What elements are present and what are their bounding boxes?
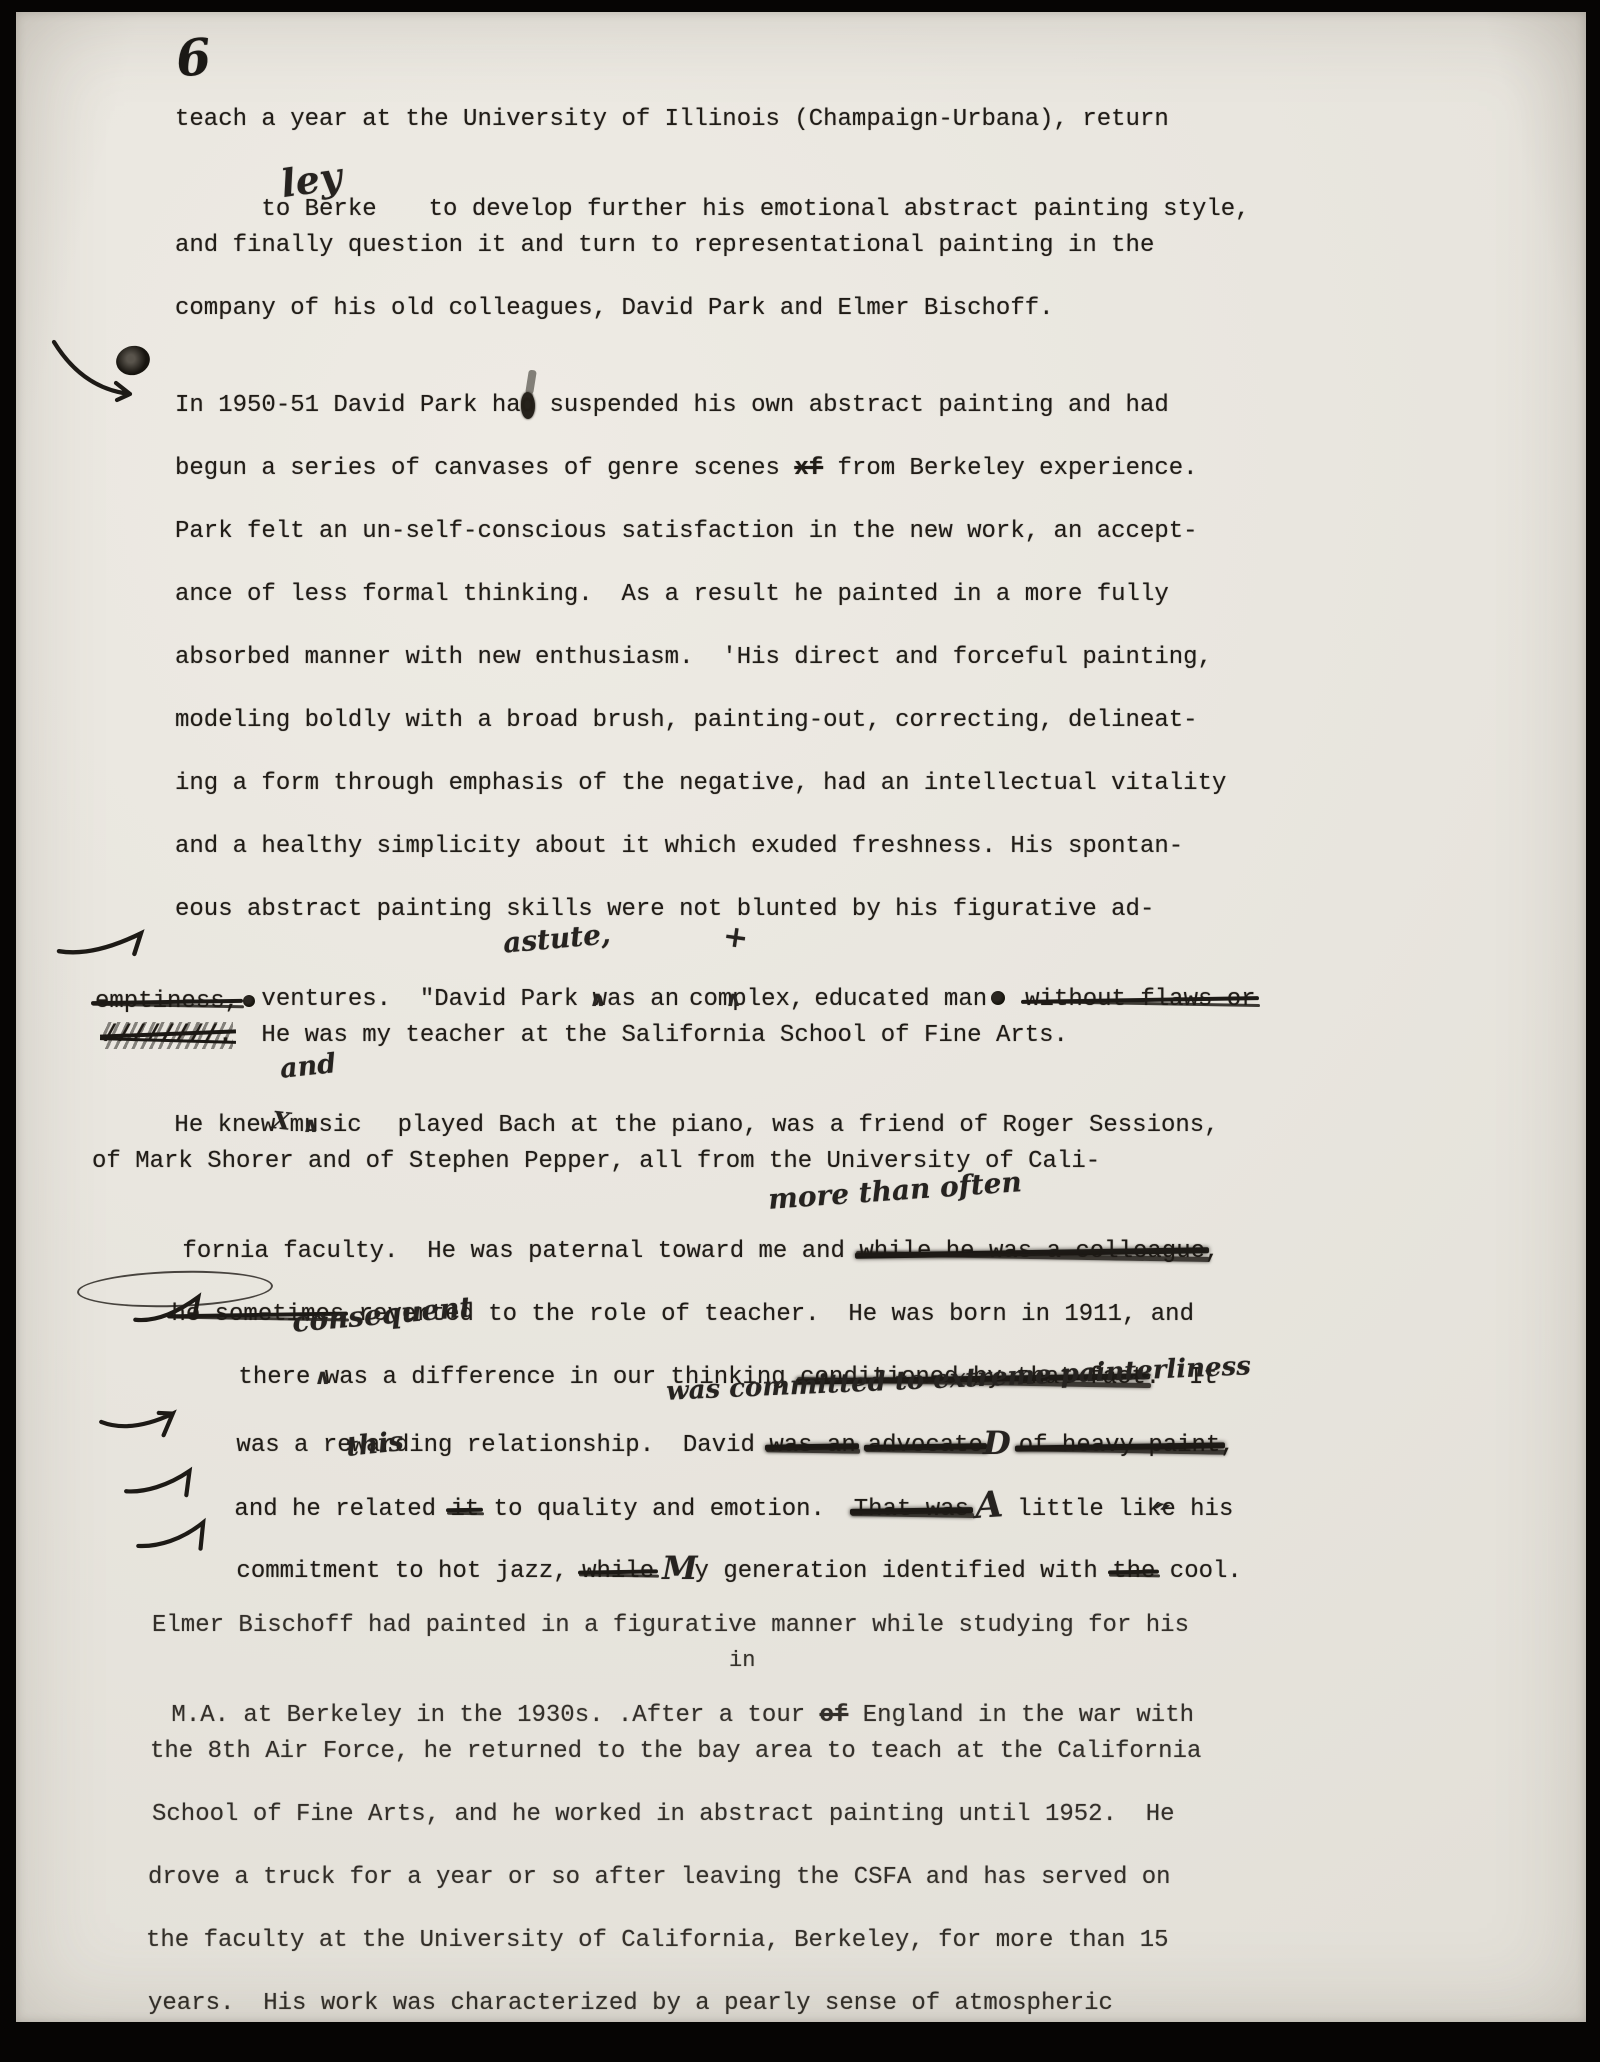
ink-blot: d [521, 392, 535, 419]
typed-text: cool. [1155, 1558, 1241, 1585]
typed-insertion-in: in [729, 1647, 755, 1674]
x-mark: X [271, 1108, 292, 1134]
typed-text: played Bach at the piano, was a friend o… [398, 1112, 1219, 1139]
handwritten-capital-m: M [662, 1555, 697, 1582]
struck-text: advocate [868, 1432, 983, 1459]
typed-line: modeling boldly with a broad brush, pain… [175, 707, 1198, 734]
typed-text: In 1950-51 David Park ha [175, 392, 521, 419]
typed-text: was a rewarding relationship. David [236, 1432, 769, 1459]
typed-line: ing a form through emphasis of the negat… [175, 770, 1226, 797]
typed-text: He was my teacher at the Salifornia Scho… [233, 1022, 1068, 1049]
typed-line: ////////. He was my teacher at the Salif… [103, 1022, 1068, 1049]
typed-text: England in the war with [848, 1702, 1194, 1729]
typed-text: modeling boldly with a broad brush, pain… [175, 707, 1198, 734]
struck-text: without flaws or [1025, 986, 1255, 1013]
typed-line: emptiness, [95, 988, 257, 1015]
typed-line: teach a year at the University of Illino… [175, 106, 1169, 133]
typed-text: drove a truck for a year or so after lea… [148, 1864, 1171, 1891]
typed-text: years. His work was characterized by a p… [148, 1990, 1113, 2017]
caret-mark: ∧ [725, 985, 742, 1012]
typed-text: company of his old colleagues, David Par… [175, 295, 1054, 322]
struck-text: it [450, 1496, 479, 1523]
typed-line: to Berketo develop further his emotional… [175, 169, 1250, 277]
handwritten-capital-d: D [983, 1430, 1011, 1457]
typed-text: from Berkeley experience. [823, 455, 1197, 482]
typed-text: ventures. "David Park was an [261, 986, 679, 1013]
typed-text: the faculty at the University of Califor… [146, 1927, 1169, 1954]
struck-text: of heavy paint [1019, 1432, 1221, 1459]
typed-line: ance of less formal thinking. As a resul… [175, 581, 1169, 608]
handwritten-plus: + [721, 921, 750, 954]
typed-text: and a healthy simplicity about it which … [175, 833, 1183, 860]
margin-checkmark-icon [55, 925, 154, 976]
struck-text: xf [794, 455, 823, 482]
typed-line: Park felt an un-self-conscious satisfact… [175, 518, 1198, 545]
handwritten-capital-a: A [974, 1491, 1004, 1520]
handwritten-and: and [279, 1050, 338, 1083]
struck-text: That was [854, 1496, 969, 1523]
typed-text: Elmer Bischoff had painted in a figurati… [152, 1612, 1189, 1639]
typed-line: M.A. at Berkeley in the 1930s. .After a … [85, 1675, 1194, 1783]
typed-text: and he related [234, 1496, 450, 1523]
manuscript-content: 6 teach a year at the University of Illi… [0, 0, 1600, 2062]
struck-text: while [582, 1558, 654, 1585]
struck-text: while he was a colleague [859, 1238, 1205, 1265]
typed-text: suspended his own abstract painting and … [535, 392, 1169, 419]
typed-line: the faculty at the University of Califor… [146, 1927, 1169, 1954]
struck-text: the [1112, 1558, 1155, 1585]
handwritten-ley: ley [279, 157, 344, 203]
typed-text: eous abstract painting skills were not b… [175, 896, 1154, 923]
typed-line: and finally question it and turn to repr… [175, 232, 1154, 259]
typed-text: ance of less formal thinking. As a resul… [175, 581, 1169, 608]
typed-text: ing a form through emphasis of the negat… [175, 770, 1226, 797]
typed-text: complex, [689, 986, 804, 1013]
struck-text: was an [769, 1432, 855, 1459]
struck-text: of [820, 1702, 849, 1729]
typed-text: educated man [814, 986, 987, 1013]
typed-text: and finally question it and turn to repr… [175, 232, 1154, 259]
handwritten-this: this [345, 1428, 405, 1461]
typed-line: and a healthy simplicity about it which … [175, 833, 1183, 860]
typed-text: fornia faculty. He was paternal toward m… [182, 1238, 859, 1265]
typed-text: commitment to hot jazz, [236, 1558, 582, 1585]
handwritten-astute: astute, [502, 920, 612, 957]
typed-text: School of Fine Arts, and he worked in ab… [152, 1801, 1175, 1828]
scanned-manuscript-page: { "page_number": "6", "p1": { "l1": "tea… [0, 0, 1600, 2062]
handwritten-period-dot [243, 995, 255, 1007]
typed-text: the 8th Air Force, he returned to the ba… [150, 1738, 1201, 1765]
typed-line: absorbed manner with new enthusiasm. 'Hi… [175, 644, 1212, 671]
page-number: 6 [173, 27, 213, 89]
typed-text: y generation identified with [695, 1558, 1113, 1585]
typed-line: begun a series of canvases of genre scen… [175, 455, 1198, 482]
typed-text: Park felt an un-self-conscious satisfact… [175, 518, 1198, 545]
caret-mark: ∧ [589, 985, 606, 1012]
typed-text: to develop further his emotional abstrac… [429, 196, 1250, 223]
typed-line: the 8th Air Force, he returned to the ba… [150, 1738, 1201, 1765]
blacked-out-text: ////////. [103, 1022, 233, 1049]
struck-text: emptiness, [95, 988, 239, 1015]
typed-line: In 1950-51 David Park had suspended his … [175, 392, 1169, 419]
typed-text: M.A. at Berkeley in the 1930s. .After a … [171, 1702, 819, 1729]
typed-line: years. His work was characterized by a p… [148, 1990, 1113, 2017]
typed-text: He knew music [174, 1112, 361, 1139]
typed-text: begun a series of canvases of genre scen… [175, 455, 794, 482]
typed-line: eous abstract painting skills were not b… [175, 896, 1154, 923]
caret-mark: ∧ [302, 1111, 319, 1138]
typed-text: absorbed manner with new enthusiasm. 'Hi… [175, 644, 1212, 671]
typed-line: company of his old colleagues, David Par… [175, 295, 1054, 322]
typed-line: School of Fine Arts, and he worked in ab… [152, 1801, 1175, 1828]
handwritten-period-dot [991, 991, 1005, 1005]
typed-text: little like his [1003, 1496, 1233, 1523]
caret-mark: ∧ [314, 1363, 331, 1390]
typed-line: drove a truck for a year or so after lea… [148, 1864, 1171, 1891]
typed-text: teach a year at the University of Illino… [175, 106, 1169, 133]
typed-line: Elmer Bischoff had painted in a figurati… [152, 1612, 1189, 1639]
typed-text: to quality and emotion. [479, 1496, 853, 1523]
